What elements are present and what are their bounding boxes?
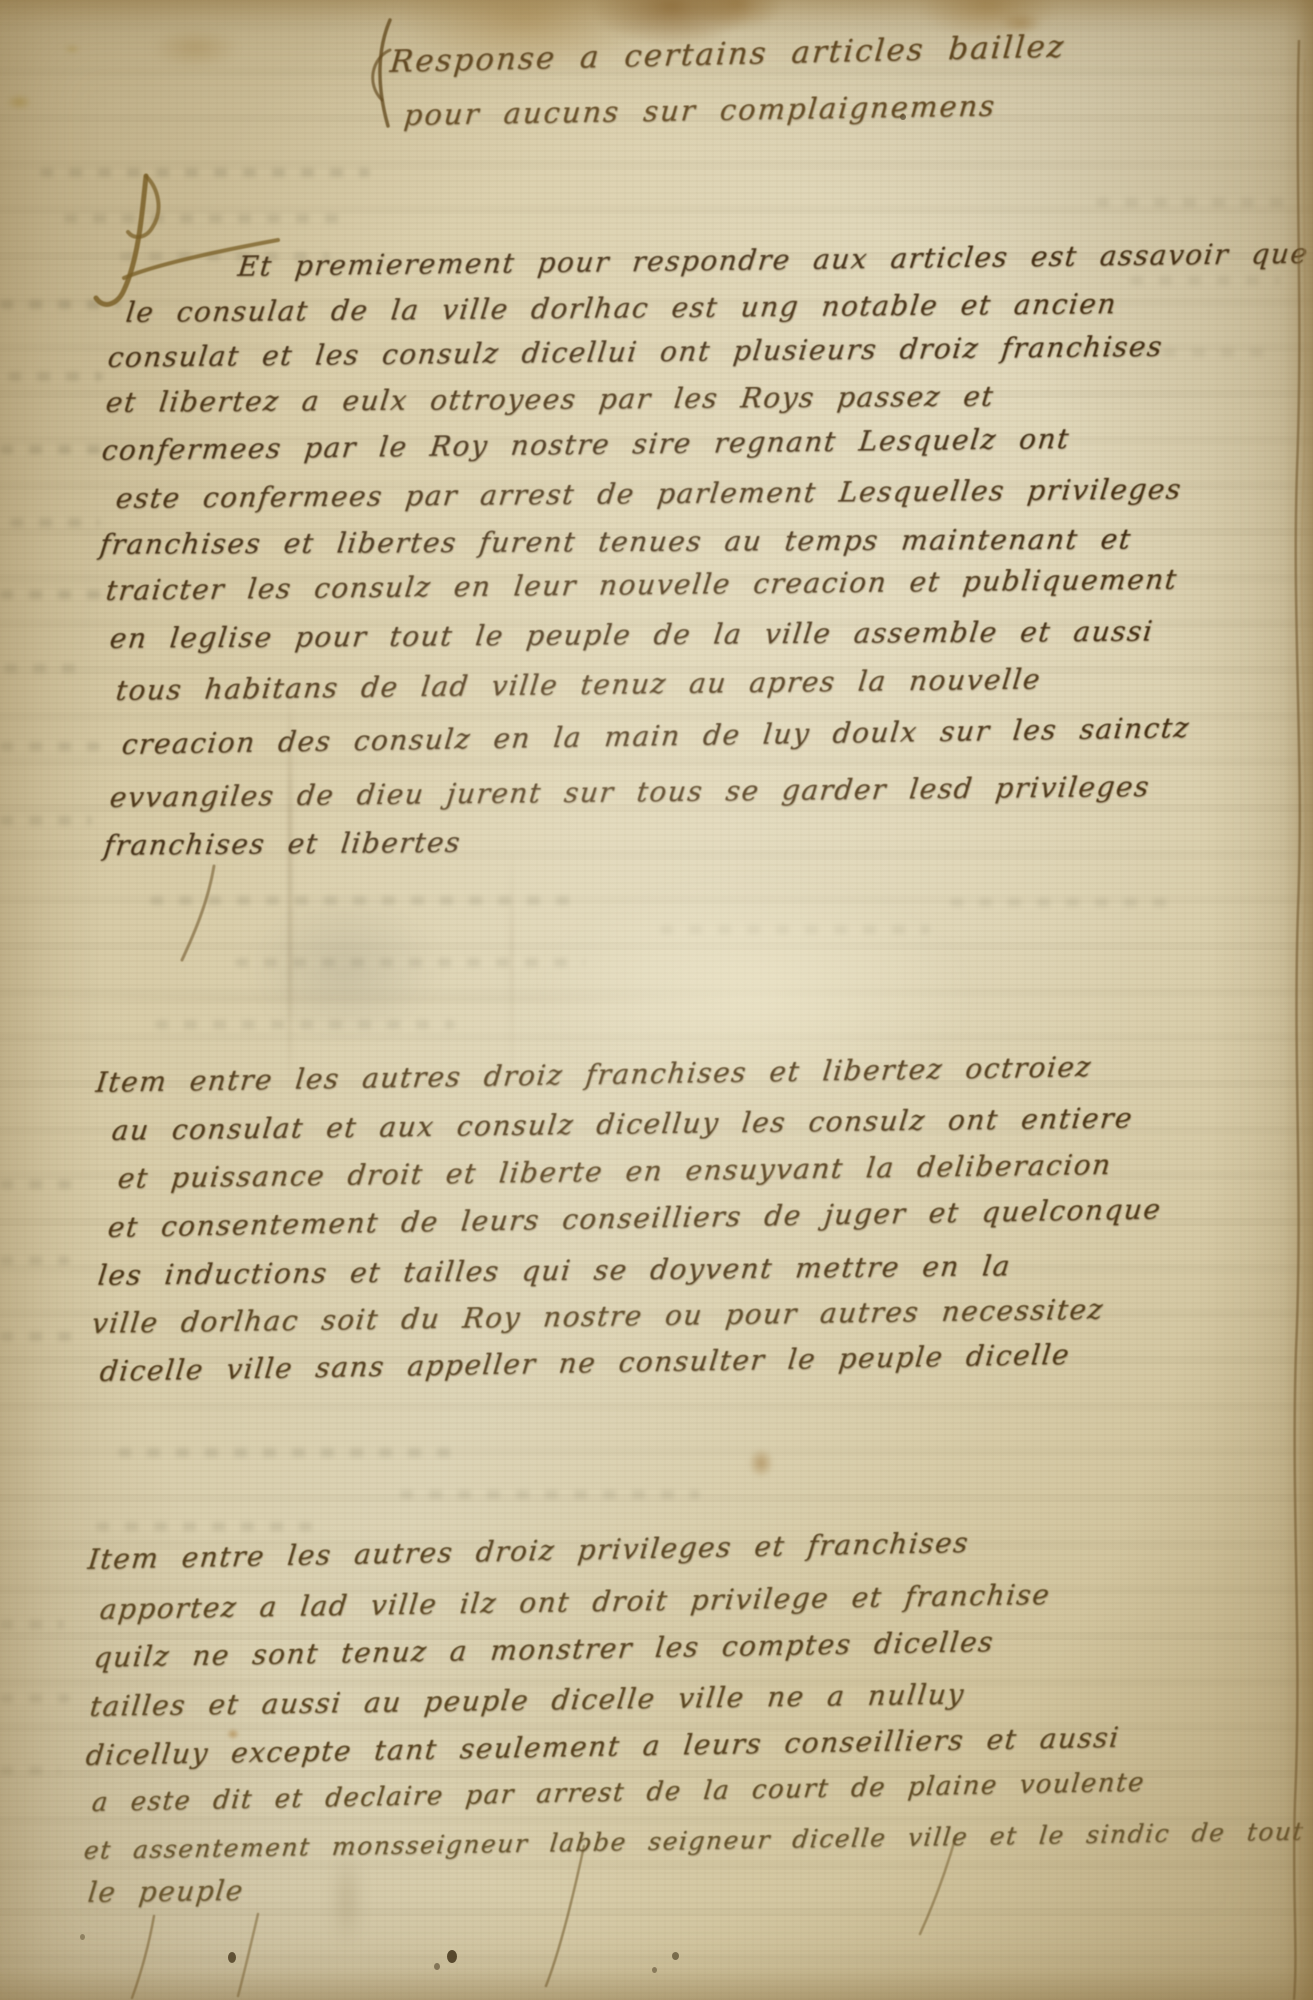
rust-spot <box>748 1448 774 1478</box>
page-top-edge <box>0 0 1313 26</box>
manuscript-page: Response a certains articles baillez pou… <box>0 0 1313 2000</box>
bleedthrough-mark <box>96 1522 316 1531</box>
bleedthrough-mark <box>0 816 92 825</box>
bleedthrough-mark <box>0 1620 64 1629</box>
ink-stain <box>6 94 32 110</box>
ink-speck <box>672 1952 679 1960</box>
manuscript-line: et libertez a eulx ottroyees par les Roy… <box>104 380 996 419</box>
bleedthrough-mark <box>0 1256 70 1265</box>
ink-speck <box>80 1934 85 1940</box>
shadow-smudge <box>250 892 440 1042</box>
fold-crease <box>510 850 513 1090</box>
bleedthrough-mark <box>0 1332 76 1341</box>
ink-stain <box>64 44 80 54</box>
bleedthrough-mark <box>0 445 110 454</box>
bleedthrough-mark <box>4 664 88 673</box>
bleedthrough-mark <box>0 1694 70 1703</box>
manuscript-line: franchises et libertes <box>102 826 463 862</box>
bleedthrough-mark <box>8 372 103 381</box>
bleedthrough-mark <box>950 898 1180 907</box>
descender-flourish <box>540 1842 592 1992</box>
manuscript-line: le peuple <box>86 1874 246 1909</box>
bleedthrough-mark <box>0 590 112 599</box>
bleedthrough-mark <box>1130 276 1280 285</box>
bleedthrough-mark <box>10 518 100 527</box>
shadow-smudge <box>332 1852 362 1947</box>
bleedthrough-mark <box>0 1766 60 1775</box>
bleedthrough-mark <box>118 1448 458 1457</box>
bleedthrough-mark <box>400 1490 700 1499</box>
manuscript-line: franchises et libertes furent tenues au … <box>98 523 1134 561</box>
bleedthrough-mark <box>0 1180 80 1189</box>
bleedthrough-mark <box>0 742 100 751</box>
ink-stain <box>150 28 240 68</box>
descender-flourish <box>128 1912 278 2000</box>
descender-flourish <box>176 862 222 966</box>
bleedthrough-mark <box>1096 198 1286 207</box>
ink-speck <box>447 1950 457 1963</box>
deckled-edge <box>1277 0 1313 2000</box>
